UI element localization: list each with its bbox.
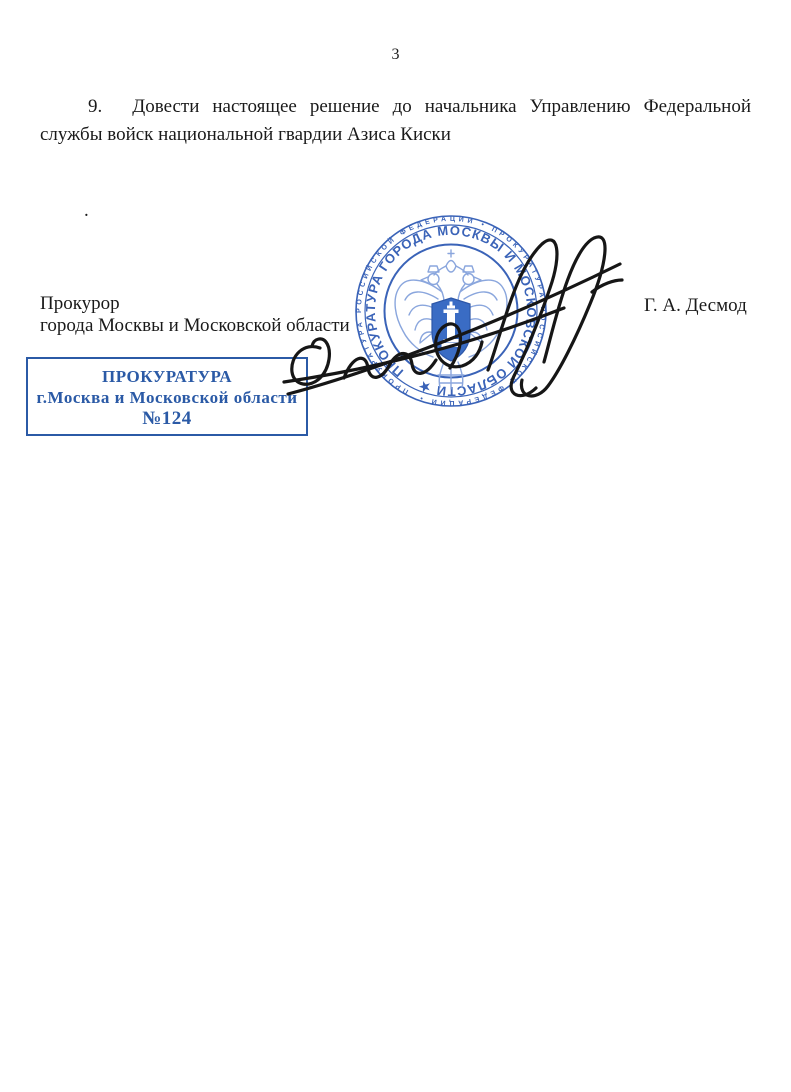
rect-stamp-line-1: ПРОКУРАТУРА: [102, 366, 232, 387]
paragraph-item-number: 9.: [88, 93, 102, 121]
page-number: 3: [0, 46, 791, 64]
paragraph-line-2: службы войск национальной гвардии Азиса …: [40, 121, 751, 149]
paragraph-line-1: 9. Довести настоящее решение до начальни…: [40, 93, 751, 121]
tab-spacer: [102, 93, 132, 121]
document-page: 3 9. Довести настоящее решение до началь…: [0, 0, 791, 1092]
rect-stamp-line-2: г.Москва и Московской области: [36, 387, 297, 408]
stray-period: .: [84, 200, 89, 222]
paragraph-item-9: 9. Довести настоящее решение до начальни…: [40, 93, 751, 149]
rect-stamp-number: №124: [142, 408, 192, 429]
signature-icon: [282, 230, 627, 405]
rect-registry-stamp: ПРОКУРАТУРА г.Москва и Московской област…: [26, 357, 308, 436]
paragraph-line-1-text: Довести настоящее решение до начальника …: [132, 93, 751, 121]
signer-name: Г. А. Десмод: [644, 295, 747, 317]
